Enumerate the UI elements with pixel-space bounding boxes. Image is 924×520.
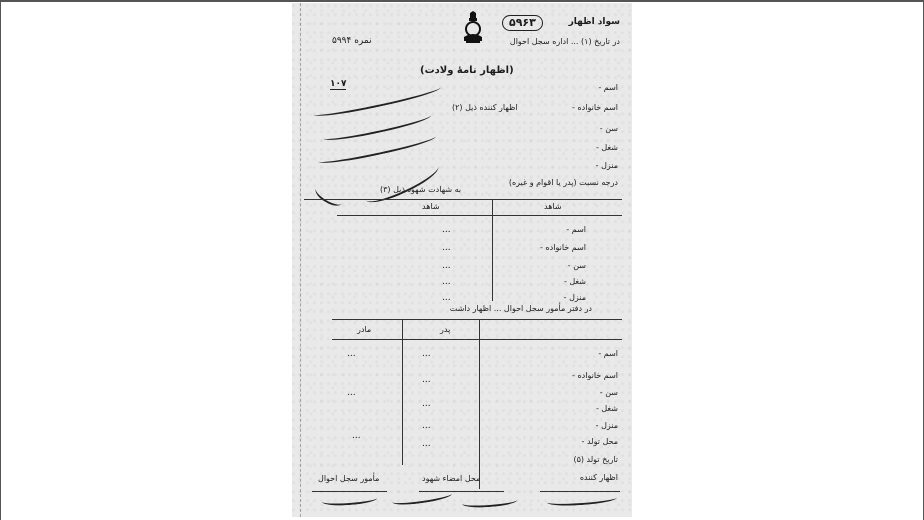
declarant-label: اظهار کننده (580, 473, 618, 482)
father-value: ... (422, 399, 431, 409)
child-row-label: شغل - (596, 404, 618, 413)
father-value: ... (422, 439, 431, 449)
declarant-address-label: منزل - (596, 161, 618, 170)
scanned-document: ۵۹۶۳ سواد اظهار در تاریخ (۱) ... اداره س… (292, 3, 632, 517)
witness2-value: ... (442, 277, 451, 287)
witness-statement: در دفتر مأمور سجل احوال ... اظهار داشت (450, 304, 592, 313)
registrar-signature-label: مأمور سجل احوال (318, 474, 379, 483)
signature-line (312, 491, 387, 492)
signature-line (540, 491, 620, 492)
child-row-label: محل تولد - (582, 437, 618, 446)
child-row-label: منزل - (596, 421, 618, 430)
margin-number: ۱۰۷ (330, 79, 346, 90)
child-row-label: اسم - (598, 349, 618, 358)
copy-label: سواد اظهار (569, 17, 620, 27)
serial-number: ۵۹۹۴ نمره (332, 36, 372, 46)
divider (402, 319, 403, 465)
declarant-signature (547, 493, 618, 508)
witness-row-label: اسم - (566, 225, 586, 234)
declarant-age-label: سن - (600, 124, 618, 133)
lion-and-sun-emblem-icon (460, 11, 486, 45)
witness-row-label: سن - (568, 261, 586, 270)
witnesses-signature-label: محل امضاء شهود (422, 474, 480, 483)
declaration-text: اظهار کننده ذیل (۲) (452, 103, 518, 112)
registrar-signature (322, 493, 378, 507)
witness-signature (462, 495, 518, 509)
child-row-label: اسم خانواده - (572, 371, 618, 380)
declarant-family-label: اسم خانواده - (572, 103, 618, 112)
divider (332, 319, 622, 320)
father-value: ... (422, 375, 431, 385)
witness2-value: ... (442, 261, 451, 271)
child-row-label: تاریخ تولد (۵) (573, 455, 618, 464)
date-line: در تاریخ (۱) ... اداره سجل احوال (510, 37, 620, 46)
document-title: (اظهار نامهٔ ولادت) (420, 65, 514, 76)
mother-value: ... (352, 431, 361, 441)
witness-row-label: شغل - (564, 277, 586, 286)
mother-column: مادر (357, 325, 371, 334)
record-number: ۵۹۶۳ (502, 15, 543, 31)
witness2-value: ... (442, 293, 451, 303)
witness-row-label: منزل - (564, 293, 586, 302)
mother-value: ... (347, 388, 356, 398)
divider (332, 339, 622, 340)
divider (479, 319, 480, 489)
witness-column-1: شاهد (544, 202, 562, 211)
witness2-value: ... (442, 225, 451, 235)
divider (337, 215, 622, 216)
declarant-name-label: اسم - (598, 83, 618, 92)
child-row-label: سن - (600, 388, 618, 397)
declarant-occupation-label: شغل - (596, 143, 618, 152)
declarant-relation-label: درجه نسبت (پدر یا اقوام و غیره) (509, 178, 618, 187)
father-value: ... (422, 421, 431, 431)
signature-scribble (313, 182, 346, 209)
witness-column-2: شاهد (422, 202, 440, 211)
witness-row-label: اسم خانواده - (540, 243, 586, 252)
father-column: پدر (440, 325, 450, 334)
father-value: ... (422, 349, 431, 359)
mother-value: ... (347, 349, 356, 359)
torn-edge (300, 3, 309, 517)
divider (304, 199, 622, 200)
witness2-value: ... (442, 243, 451, 253)
